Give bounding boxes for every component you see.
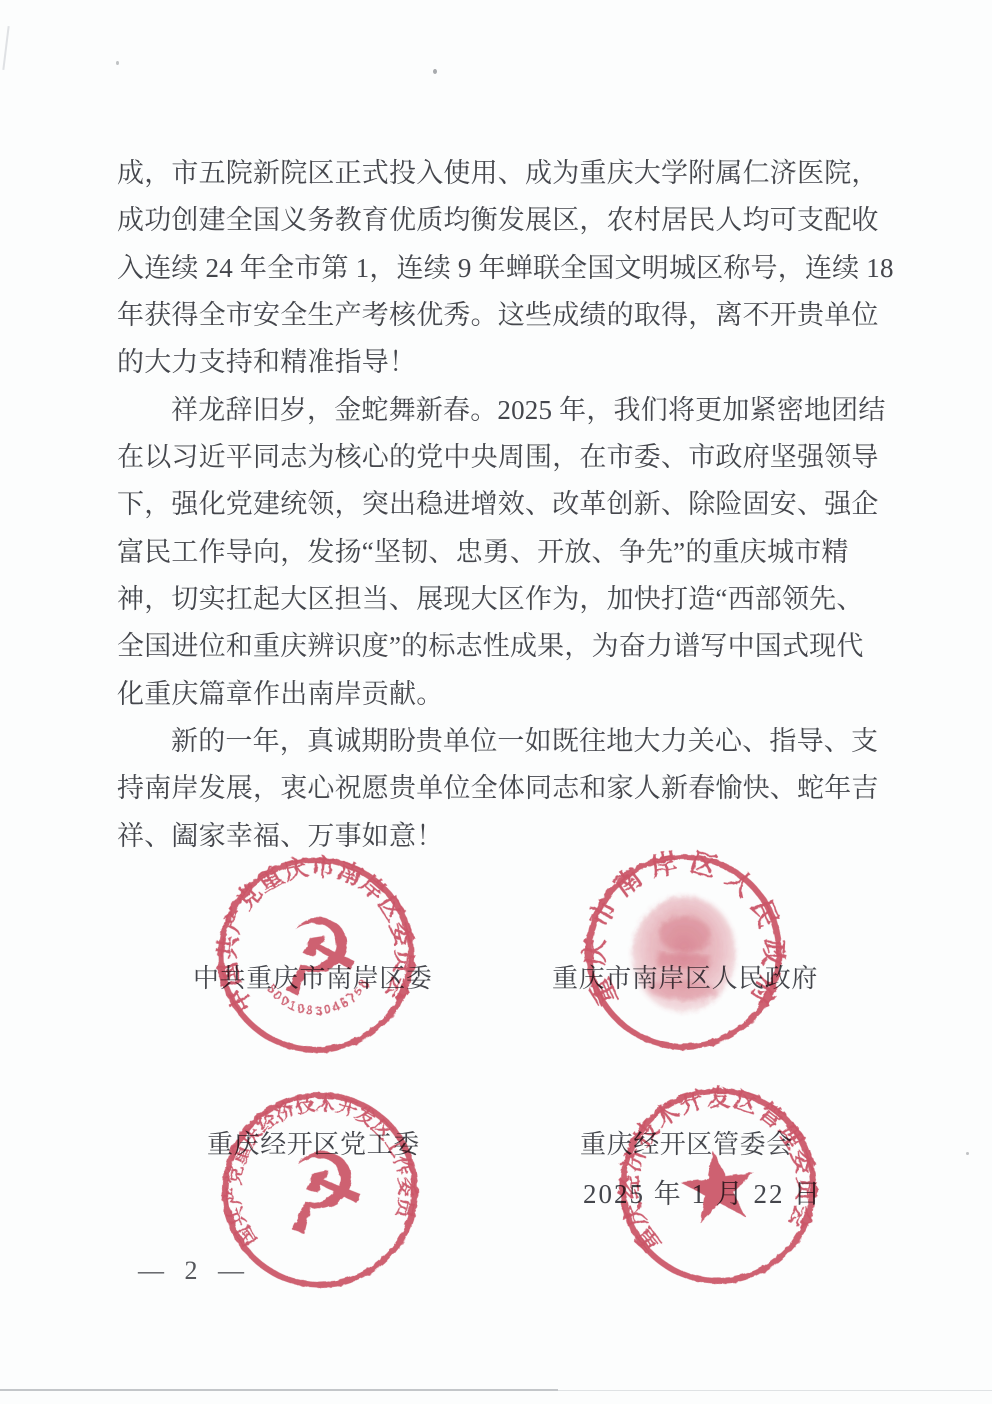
body-line: 新的一年，真诚期盼贵单位一如既往地大力关心、指导、支: [117, 718, 907, 765]
hammer-sickle-icon: ☭: [259, 1120, 382, 1263]
body-line: 化重庆篇章作出南岸贡献。: [117, 671, 907, 718]
seal-jingkai-admin-committee: 重庆经济技术开发区管理委员会 ★: [608, 1076, 828, 1296]
scan-speck: [116, 61, 119, 65]
body-line: 成，市五院新院区正式投入使用、成为重庆大学附属仁济医院，: [117, 150, 907, 197]
scan-fold-line: [0, 1389, 558, 1391]
scan-speck: [433, 69, 437, 74]
national-emblem-icon: [629, 893, 739, 1014]
body-line: 在以习近平同志为核心的党中央周围，在市委、市政府坚强领导: [117, 434, 907, 481]
seal-nanan-district-peoples-government: 重庆市南岸区人民政府: [574, 842, 794, 1062]
scan-speck: [966, 1152, 969, 1155]
scan-fold-line: [558, 1390, 992, 1391]
seal-cpc-jingkai-working-committee: 中国共产党重庆经济技术开发区工作委员会 ☭: [210, 1080, 430, 1300]
seal-cpc-nanan-district-committee: 中国共产党重庆市南岸区委员会 5001083046758 ☭: [206, 845, 426, 1065]
body-line: 入连续 24 年全市第 1，连续 9 年蝉联全国文明城区称号，连续 18: [117, 245, 907, 292]
star-icon: ★: [668, 1126, 769, 1249]
body-line: 全国进位和重庆辨识度”的标志性成果，为奋力谱写中国式现代: [117, 623, 907, 670]
body-line: 的大力支持和精准指导！: [117, 339, 907, 386]
letter-body: 成，市五院新院区正式投入使用、成为重庆大学附属仁济医院， 成功创建全国义务教育优…: [117, 150, 907, 860]
body-line: 富民工作导向，发扬“坚韧、忠勇、开放、争先”的重庆城市精: [117, 529, 907, 576]
body-line: 年获得全市安全生产考核优秀。这些成绩的取得，离不开贵单位: [117, 292, 907, 339]
body-line: 祥龙辞旧岁，金蛇舞新春。2025 年，我们将更加紧密地团结: [117, 387, 907, 434]
scan-edge-artifact: [2, 26, 9, 70]
body-line: 下，强化党建统领，突出稳进增效、改革创新、除险固安、强企: [117, 481, 907, 528]
body-line: 神，切实扛起大区担当、展现大区作为，加快打造“西部领先、: [117, 576, 907, 623]
body-line: 持南岸发展，衷心祝愿贵单位全体同志和家人新春愉快、蛇年吉: [117, 765, 907, 812]
body-line: 成功创建全国义务教育优质均衡发展区，农村居民人均可支配收: [117, 197, 907, 244]
scanned-letter-page: 成，市五院新院区正式投入使用、成为重庆大学附属仁济医院， 成功创建全国义务教育优…: [0, 0, 992, 1404]
